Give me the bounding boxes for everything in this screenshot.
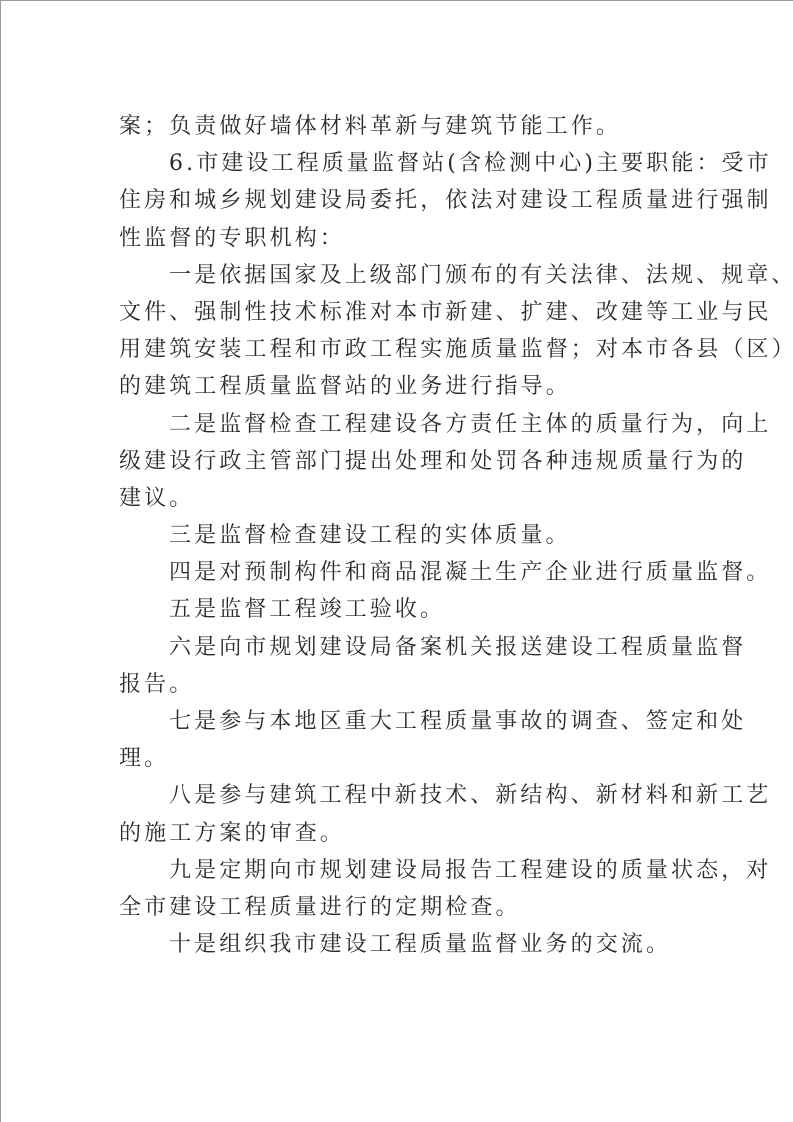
text-line: 住房和城乡规划建设局委托，依法对建设工程质量进行强制 — [119, 182, 679, 219]
text-line: 级建设行政主管部门提出处理和处罚各种违规质量行为的 — [119, 443, 679, 480]
list-item-4: 四是对预制构件和商品混凝土生产企业进行质量监督。 — [119, 554, 679, 591]
text-line: 的建筑工程质量监督站的业务进行指导。 — [119, 368, 679, 405]
text-line: 全市建设工程质量进行的定期检查。 — [119, 889, 679, 926]
text-line: 报告。 — [119, 666, 679, 703]
list-item-8: 八是参与建筑工程中新技术、新结构、新材料和新工艺 — [119, 777, 679, 814]
text-line: 文件、强制性技术标准对本市新建、扩建、改建等工业与民 — [119, 294, 679, 331]
text-line: 的施工方案的审查。 — [119, 815, 679, 852]
text-line: 建议。 — [119, 480, 679, 517]
list-item-5: 五是监督工程竣工验收。 — [119, 591, 679, 628]
paragraph-heading-6: 6.市建设工程质量监督站(含检测中心)主要职能：受市 — [119, 145, 679, 182]
document-page: 案；负责做好墙体材料革新与建筑节能工作。 6.市建设工程质量监督站(含检测中心)… — [0, 0, 793, 1122]
text-line: 理。 — [119, 740, 679, 777]
text-line: 用建筑安装工程和市政工程实施质量监督；对本市各县（区） — [119, 331, 679, 368]
text-line: 性监督的专职机构： — [119, 220, 679, 257]
list-item-9: 九是定期向市规划建设局报告工程建设的质量状态，对 — [119, 852, 679, 889]
list-item-2: 二是监督检查工程建设各方责任主体的质量行为，向上 — [119, 406, 679, 443]
list-item-7: 七是参与本地区重大工程质量事故的调查、签定和处 — [119, 703, 679, 740]
document-body: 案；负责做好墙体材料革新与建筑节能工作。 6.市建设工程质量监督站(含检测中心)… — [119, 108, 679, 963]
list-item-3: 三是监督检查建设工程的实体质量。 — [119, 517, 679, 554]
list-item-1: 一是依据国家及上级部门颁布的有关法律、法规、规章、 — [119, 257, 679, 294]
text-line: 案；负责做好墙体材料革新与建筑节能工作。 — [119, 108, 679, 145]
list-item-6: 六是向市规划建设局备案机关报送建设工程质量监督 — [119, 629, 679, 666]
list-item-10: 十是组织我市建设工程质量监督业务的交流。 — [119, 926, 679, 963]
